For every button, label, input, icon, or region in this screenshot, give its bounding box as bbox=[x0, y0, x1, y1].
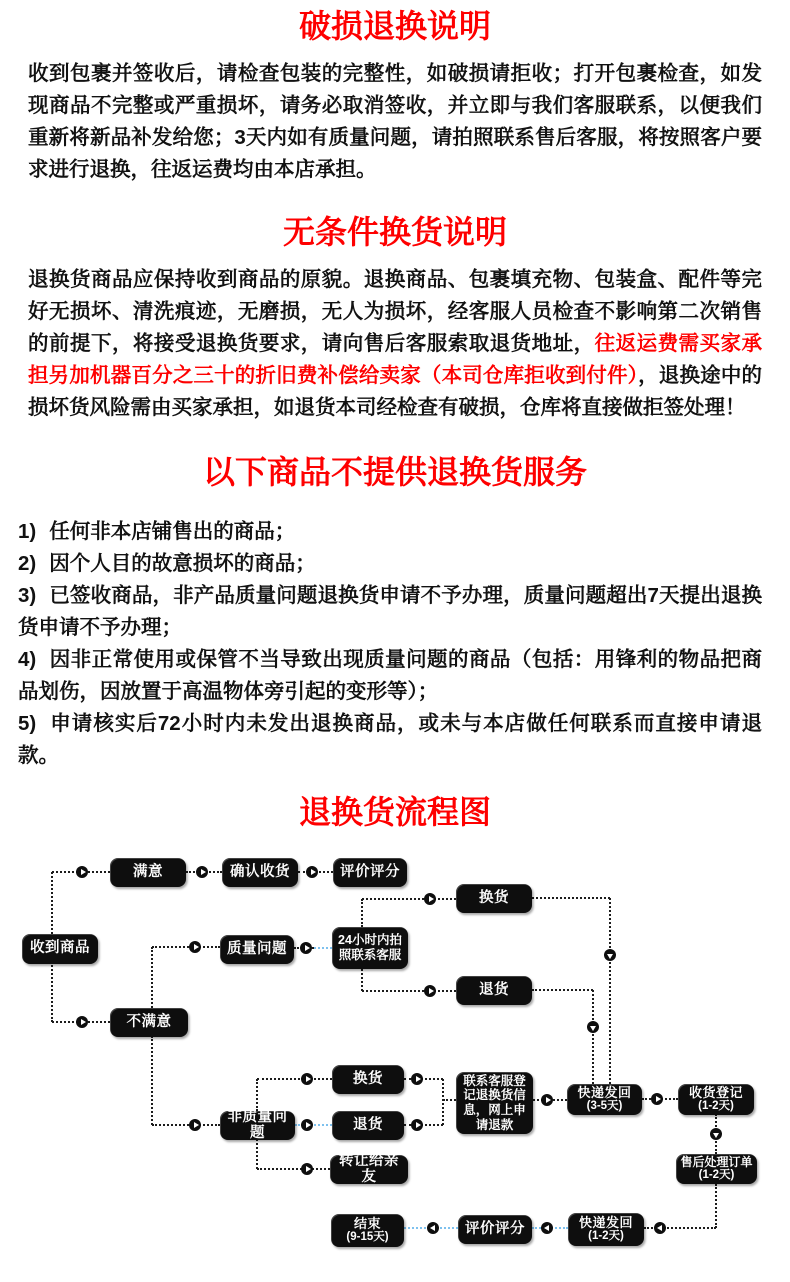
flow-node-non-quality-problem: 非质量问题 bbox=[220, 1111, 295, 1140]
list-item: 2)因个人目的故意损坏的商品； bbox=[18, 548, 762, 580]
flow-node-label: 快递发回 bbox=[577, 1086, 631, 1100]
flow-node-finish-9-15d: 结束(9-15天) bbox=[331, 1214, 404, 1247]
flow-connector bbox=[361, 969, 363, 991]
flow-node-label: 质量问题 bbox=[227, 942, 287, 958]
flow-node-sublabel: (1-2天) bbox=[698, 1100, 734, 1113]
unconditional-section-paragraph: 退换货商品应保持收到商品的原貌。退换商品、包裹填充物、包装盒、配件等完好无损坏、… bbox=[28, 264, 762, 424]
flow-connector bbox=[715, 1184, 717, 1228]
flow-connector bbox=[51, 872, 53, 934]
no-service-section-title: 以下商品不提供退换货服务 bbox=[0, 454, 790, 490]
return-exchange-flowchart: 收到商品 满意 确认收货 评价评分 不满意 质量问题 24小时内拍照联系客服 换… bbox=[0, 842, 790, 1282]
flow-connector bbox=[532, 897, 610, 899]
flow-connector bbox=[151, 1036, 153, 1125]
flow-node-express-shipback-1-2d: 快递发回(1-2天) bbox=[568, 1213, 644, 1246]
arrow-right-icon bbox=[306, 866, 318, 878]
flow-connector bbox=[532, 989, 593, 991]
flow-node-label: 不满意 bbox=[127, 1015, 172, 1031]
list-item-number: 2) bbox=[18, 552, 36, 575]
arrow-right-icon bbox=[76, 866, 88, 878]
list-item: 5)申请核实后72小时内未发出退换商品，或未与本店做任何联系而直接申请退款。 bbox=[18, 708, 762, 772]
flow-connector bbox=[151, 947, 153, 1008]
flow-connector bbox=[443, 1099, 456, 1101]
flow-connector bbox=[404, 1124, 443, 1126]
flow-node-confirm-receipt: 确认收货 bbox=[222, 858, 298, 887]
arrow-right-icon bbox=[301, 1163, 313, 1175]
flow-node-label: 评价评分 bbox=[465, 1222, 525, 1238]
flow-node-satisfied: 满意 bbox=[110, 858, 186, 887]
flow-node-sublabel: (3-5天) bbox=[587, 1100, 623, 1113]
flow-node-label: 收货登记 bbox=[689, 1086, 743, 1100]
arrow-down-icon bbox=[604, 949, 616, 961]
arrow-right-icon bbox=[189, 1119, 201, 1131]
flow-node-label: 退货 bbox=[353, 1118, 383, 1134]
flow-node-sublabel: (1-2天) bbox=[699, 1169, 735, 1182]
flow-node-register-online-refund: 联系客服登记退换货信息，网上申请退款 bbox=[456, 1072, 533, 1134]
flow-node-label: 确认收货 bbox=[230, 865, 290, 881]
arrow-right-icon bbox=[300, 942, 312, 954]
flow-connector bbox=[314, 947, 332, 949]
flow-connector bbox=[442, 1079, 444, 1125]
flow-connector bbox=[51, 962, 53, 1022]
flow-node-label: 售后处理订单 bbox=[680, 1156, 752, 1169]
flow-connector bbox=[256, 1079, 258, 1111]
arrow-right-icon bbox=[424, 893, 436, 905]
list-item-text: 已签收商品，非产品质量问题退换货申请不予办理，质量问题超出7天提出退换货申请不予… bbox=[18, 584, 762, 639]
damage-section-paragraph: 收到包裹并签收后，请检查包装的完整性，如破损请拒收；打开包裹检查，如发现商品不完… bbox=[28, 58, 762, 186]
flow-connector bbox=[404, 1078, 443, 1080]
flow-connector bbox=[152, 1124, 220, 1126]
list-item-text: 申请核实后72小时内未发出退换商品，或未与本店做任何联系而直接申请退款。 bbox=[18, 712, 762, 767]
flow-node-label: 快递发回 bbox=[579, 1216, 633, 1230]
flow-node-express-shipback-3-5d: 快递发回(3-5天) bbox=[567, 1084, 642, 1115]
list-item-number: 5) bbox=[18, 712, 36, 735]
flow-node-quality-problem: 质量问题 bbox=[220, 935, 294, 964]
flow-node-rate-review: 评价评分 bbox=[333, 858, 407, 887]
flow-node-receipt-registration-1-2d: 收货登记(1-2天) bbox=[678, 1084, 754, 1115]
arrow-right-icon bbox=[301, 1119, 313, 1131]
flow-node-label: 评价评分 bbox=[340, 865, 400, 881]
flow-node-label: 24小时内拍照联系客服 bbox=[334, 933, 406, 963]
no-service-rule-list: 1)任何非本店铺售出的商品； 2)因个人目的故意损坏的商品； 3)已签收商品，非… bbox=[18, 516, 762, 772]
arrow-down-icon bbox=[587, 1021, 599, 1033]
flow-node-return-goods: 退货 bbox=[456, 976, 532, 1005]
flow-node-label: 收到商品 bbox=[30, 941, 90, 957]
flow-node-exchange-goods: 换货 bbox=[332, 1065, 404, 1094]
arrow-down-icon bbox=[710, 1128, 722, 1140]
flow-node-sublabel: (1-2天) bbox=[588, 1230, 624, 1243]
flow-node-label: 满意 bbox=[133, 865, 163, 881]
arrow-right-icon bbox=[541, 1094, 553, 1106]
arrow-right-icon bbox=[411, 1119, 423, 1131]
list-item: 4)因非正常使用或保管不当导致出现质量问题的商品（包括：用锋利的物品把商品划伤，… bbox=[18, 644, 762, 708]
flow-node-exchange-goods: 换货 bbox=[456, 884, 532, 913]
list-item-text: 任何非本店铺售出的商品； bbox=[49, 520, 295, 543]
flow-node-aftersale-order-1-2d: 售后处理订单(1-2天) bbox=[676, 1154, 757, 1184]
list-item-text: 因非正常使用或保管不当导致出现质量问题的商品（包括：用锋利的物品把商品划伤，因放… bbox=[18, 648, 762, 703]
flow-connector bbox=[362, 990, 456, 992]
flow-connector bbox=[609, 898, 611, 1084]
unconditional-section-title: 无条件换货说明 bbox=[0, 214, 790, 250]
list-item-number: 1) bbox=[18, 520, 36, 543]
arrow-right-icon bbox=[424, 985, 436, 997]
flow-connector bbox=[592, 990, 594, 1084]
list-item: 1)任何非本店铺售出的商品； bbox=[18, 516, 762, 548]
list-item-text: 因个人目的故意损坏的商品； bbox=[49, 552, 316, 575]
flow-connector bbox=[362, 898, 456, 900]
flow-connector bbox=[361, 899, 363, 927]
flow-node-return-goods: 退货 bbox=[332, 1111, 404, 1140]
arrow-right-icon bbox=[301, 1073, 313, 1085]
arrow-right-icon bbox=[651, 1093, 663, 1105]
flow-node-contact-service-24h: 24小时内拍照联系客服 bbox=[332, 927, 408, 969]
flow-node-label: 换货 bbox=[353, 1072, 383, 1088]
arrow-left-icon bbox=[654, 1222, 666, 1234]
flow-node-rate-review: 评价评分 bbox=[458, 1215, 532, 1244]
flow-connector bbox=[257, 1168, 330, 1170]
flow-node-label: 换货 bbox=[479, 891, 509, 907]
flow-node-sublabel: (9-15天) bbox=[346, 1231, 388, 1244]
flowchart-section-title: 退换货流程图 bbox=[0, 794, 790, 830]
flow-node-unsatisfied: 不满意 bbox=[110, 1008, 188, 1037]
flow-connector bbox=[256, 1139, 258, 1169]
flow-node-label: 结束 bbox=[354, 1217, 381, 1231]
arrow-left-icon bbox=[427, 1222, 439, 1234]
list-item-number: 3) bbox=[18, 584, 36, 607]
flow-node-label: 联系客服登记退换货信息，网上申请退款 bbox=[458, 1074, 531, 1133]
arrow-right-icon bbox=[189, 941, 201, 953]
arrow-right-icon bbox=[196, 866, 208, 878]
list-item-number: 4) bbox=[18, 648, 36, 671]
flow-node-label: 退货 bbox=[479, 983, 509, 999]
arrow-right-icon bbox=[76, 1016, 88, 1028]
flow-node-label: 非质量问题 bbox=[222, 1110, 293, 1142]
damage-section-title: 破损退换说明 bbox=[0, 0, 790, 44]
flow-node-transfer-to-friends: 转让给亲友 bbox=[330, 1155, 408, 1184]
flow-connector bbox=[257, 1078, 332, 1080]
flow-connector bbox=[152, 946, 220, 948]
list-item: 3)已签收商品，非产品质量问题退换货申请不予办理，质量问题超出7天提出退换货申请… bbox=[18, 580, 762, 644]
flow-node-label: 转让给亲友 bbox=[332, 1154, 406, 1186]
arrow-right-icon bbox=[411, 1073, 423, 1085]
flow-node-receive-goods: 收到商品 bbox=[22, 934, 98, 964]
arrow-left-icon bbox=[541, 1222, 553, 1234]
